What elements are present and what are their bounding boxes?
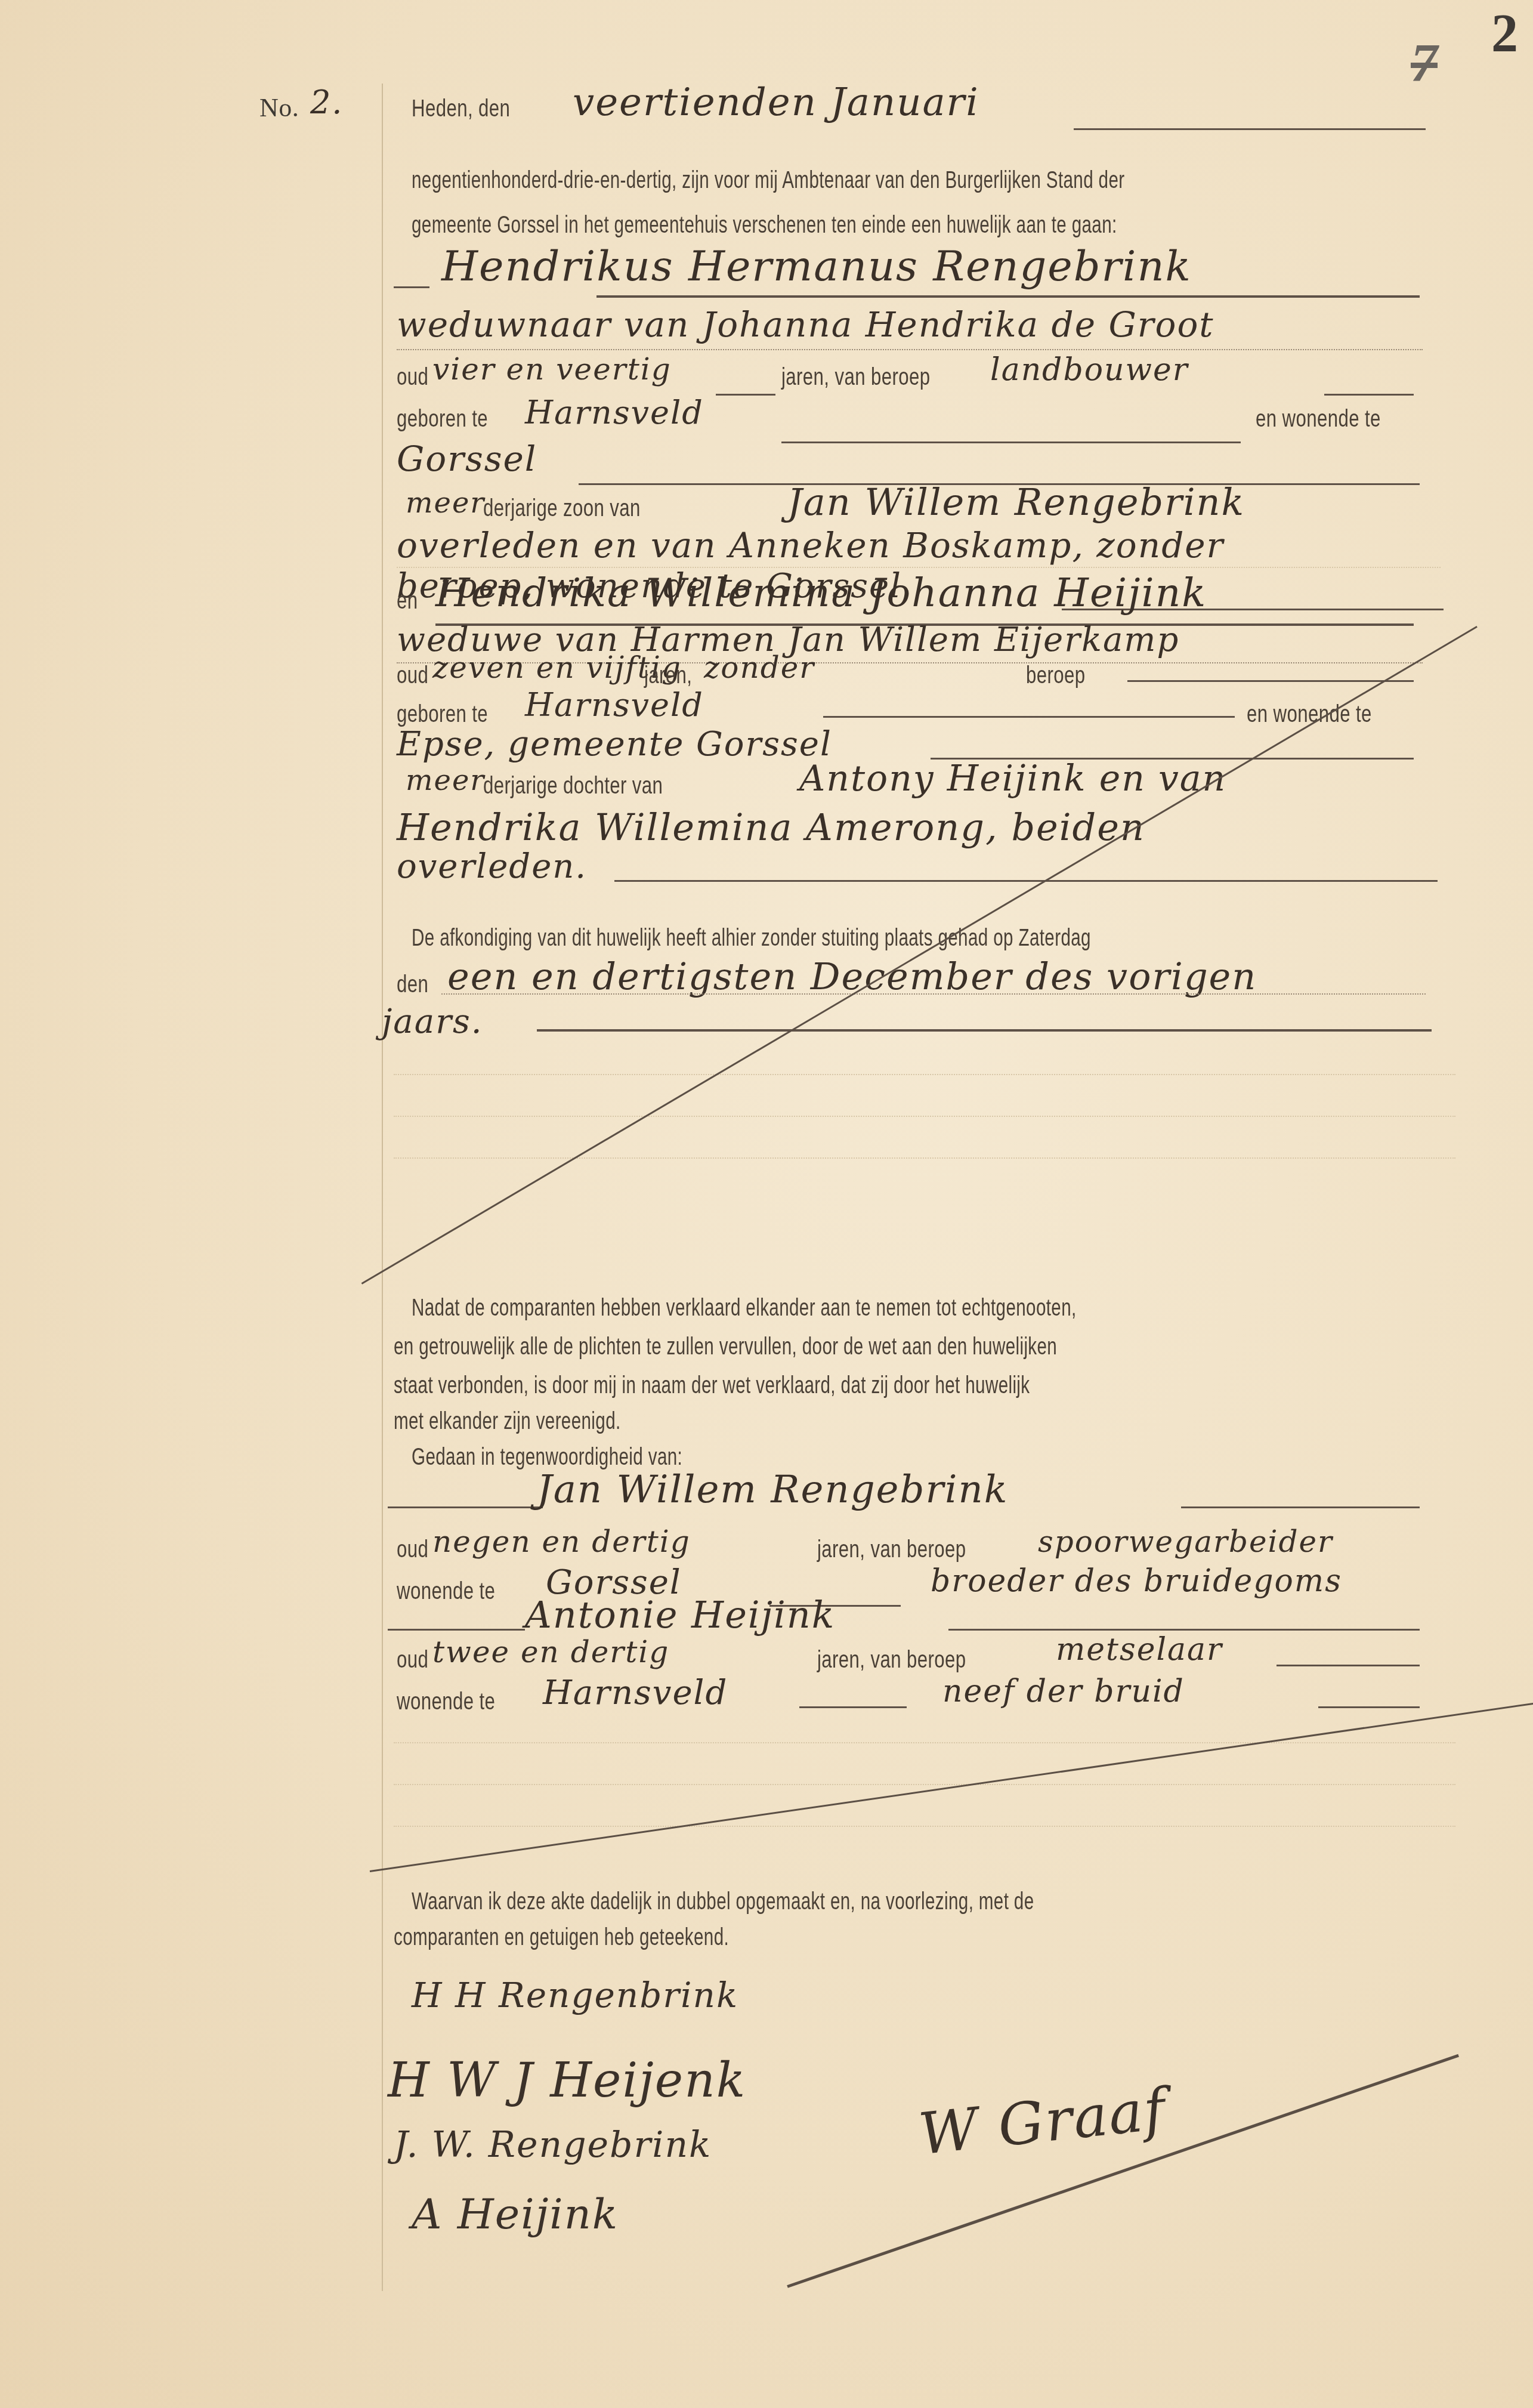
witness-2-relation: neef der bruid <box>942 1674 1185 1709</box>
closing-line-1: Waarvan ik deze akte dadelijk in dubbel … <box>412 1888 1034 1915</box>
signature-groom: H H Rengenbrink <box>412 1975 738 2015</box>
name-underline <box>596 295 1420 298</box>
fill-line <box>823 716 1235 718</box>
marriage-date: veertienden Januari <box>573 81 979 125</box>
groom-geboren-label: geboren te <box>397 406 488 433</box>
groom-status: weduwnaar van Johanna Hendrika de Groot <box>397 304 1214 345</box>
act-number: 2. <box>310 84 344 121</box>
blank-ruled-line <box>394 1826 1455 1827</box>
signature-registrar: W Graaf <box>916 2076 1169 2168</box>
groom-occupation: landbouwer <box>990 352 1189 388</box>
witness-2-wonende-label: wonende te <box>397 1688 495 1715</box>
proclamation-date-cont: jaars. <box>382 1002 483 1041</box>
bride-en-label: en <box>397 588 418 615</box>
fill-line <box>537 1029 1432 1032</box>
proclamation-line-1: De afkondiging van dit huwelijk heeft al… <box>412 925 1091 952</box>
signature-witness-2: A Heijink <box>412 2190 619 2239</box>
witness-1-name: Jan Willem Rengebrink <box>537 1468 1009 1512</box>
bride-jaren-label: jaren, <box>644 662 692 689</box>
witness-2-oud-label: oud <box>397 1647 428 1674</box>
groom-birthplace: Harnsveld <box>525 394 704 431</box>
bride-oud-label: oud <box>397 662 428 689</box>
bride-name: Hendrika Willemina Johanna Heijink <box>435 570 1207 616</box>
stamped-page-number: 7 <box>1411 33 1438 94</box>
intro-line-3: gemeente Gorssel in het gemeentehuis ver… <box>412 212 1117 239</box>
blank-ruled-line <box>394 1157 1455 1159</box>
fill-line <box>1318 1706 1420 1708</box>
marriage-record-page: 7 2 No. 2. Heden, den veertienden Januar… <box>0 0 1533 2408</box>
witness-1-age: negen en dertig <box>432 1524 691 1559</box>
dotted-line <box>397 349 1423 350</box>
fill-line <box>614 880 1438 882</box>
fill-line <box>948 1629 1420 1631</box>
proclamation-den-label: den <box>397 971 428 998</box>
bride-birthplace: Harnsveld <box>525 686 704 724</box>
witness-1-wonende-label: wonende te <box>397 1578 495 1605</box>
groom-meer-prefix: meer <box>406 486 485 520</box>
dotted-line <box>441 993 1426 995</box>
blank-ruled-line <box>394 1784 1455 1785</box>
fill-line <box>1324 394 1414 396</box>
witness-2-occupation: metselaar <box>1056 1632 1223 1668</box>
witness-1-jaren-label: jaren, van beroep <box>817 1536 966 1563</box>
witness-2-age: twee en dertig <box>432 1635 669 1669</box>
groom-zoon-label: derjarige zoon van <box>483 495 641 522</box>
bride-residence: Epse, gemeente Gorssel <box>397 725 832 764</box>
fill-line <box>1181 1506 1420 1508</box>
fill-line <box>716 394 775 396</box>
signature-witness-1: J. W. Rengebrink <box>394 2124 712 2166</box>
fill-line <box>781 442 1241 443</box>
fill-line <box>799 1706 907 1708</box>
blank-ruled-line <box>394 1742 1455 1743</box>
witness-2-name: Antonie Heijink <box>525 1593 835 1637</box>
blank-ruled-line <box>394 1116 1455 1117</box>
closing-line-2: comparanten en getuigen heb geteekend. <box>394 1924 729 1951</box>
signature-bride: H W J Heijenk <box>388 2052 746 2108</box>
bride-parents-end: overleden. <box>397 847 587 886</box>
fill-line <box>388 1506 543 1508</box>
heden-den-label: Heden, den <box>412 95 510 122</box>
declaration-line-2: en getrouwelijk alle de plichten te zull… <box>394 1333 1057 1360</box>
proclamation-date: een en dertigsten December des vorigen <box>447 955 1257 998</box>
witness-1-occupation: spoorwegarbeider <box>1038 1524 1333 1559</box>
declaration-line-1: Nadat de comparanten hebben verklaard el… <box>412 1295 1077 1322</box>
bride-dochter-label: derjarige dochter van <box>483 773 663 799</box>
bride-geboren-label: geboren te <box>397 701 488 728</box>
groom-name: Hendrikus Hermanus Rengebrink <box>441 242 1192 291</box>
witness-1-relation: broeder des bruidegoms <box>931 1563 1342 1599</box>
fill-line <box>394 286 429 288</box>
witness-2-residence: Harnsveld <box>543 1674 728 1712</box>
groom-jaren-label: jaren, van beroep <box>781 364 930 391</box>
groom-father: Jan Willem Rengebrink <box>787 480 1245 524</box>
fill-line <box>1277 1665 1420 1666</box>
groom-parents-line-2: overleden en van Anneken Boskamp, zonder <box>397 525 1224 566</box>
blank-ruled-line <box>394 1074 1455 1075</box>
fill-line <box>1127 680 1414 682</box>
groom-age: vier en veertig <box>432 352 672 387</box>
margin-rule <box>382 84 383 2291</box>
groom-residence: Gorssel <box>397 439 537 479</box>
witnesses-intro: Gedaan in tegenwoordigheid van: <box>412 1444 682 1471</box>
declaration-line-3: staat verbonden, is door mij in naam der… <box>394 1372 1030 1399</box>
witness-1-oud-label: oud <box>397 1536 428 1563</box>
intro-line-2: negentienhonderd-drie-en-dertig, zijn vo… <box>412 167 1124 194</box>
witness-2-jaren-label: jaren, van beroep <box>817 1647 966 1674</box>
bride-father: Antony Heijink en van <box>799 758 1226 799</box>
fill-line <box>1074 128 1426 130</box>
act-number-label: No. <box>259 92 299 123</box>
bride-occupation: zonder <box>704 650 815 685</box>
declaration-line-4: met elkander zijn vereenigd. <box>394 1408 621 1435</box>
printed-page-number: 2 <box>1491 3 1518 64</box>
groom-oud-label: oud <box>397 364 428 391</box>
groom-wonende-label: en wonende te <box>1256 406 1381 433</box>
bride-mother: Hendrika Willemina Amerong, beiden <box>397 805 1145 849</box>
bride-beroep-label: beroep <box>1026 662 1085 689</box>
bride-meer-prefix: meer <box>406 764 485 797</box>
fill-line <box>388 1629 525 1631</box>
